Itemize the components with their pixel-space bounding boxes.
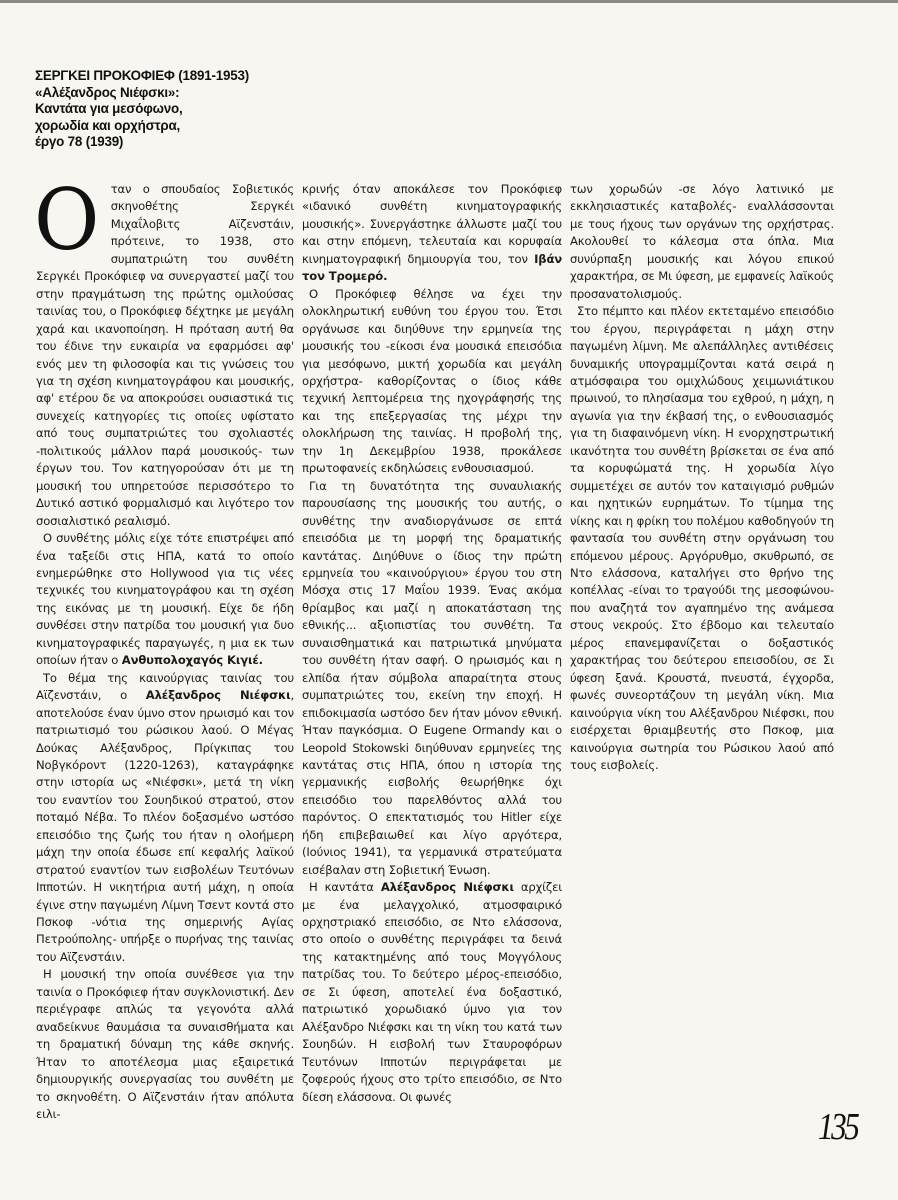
paragraph-3: Το θέμα της καινούργιας ταινίας του Αϊζε… [36, 670, 294, 967]
heading-opus: έργο 78 (1939) [35, 134, 295, 151]
paragraph-7: Η καντάτα Αλέξανδρος Νιέφσκι αρχίζει με … [302, 879, 562, 1106]
paragraph-2: Ο συνθέτης μόλις είχε τότε επιστρέψει απ… [36, 530, 294, 670]
film-title-lieutenant-kije: Ανθυπολοχαγός Κιγιέ. [122, 653, 263, 667]
heading-composer: ΣΕΡΓΚΕΙ ΠΡΟΚΟΦΙΕΦ (1891-1953) [35, 68, 295, 85]
heading-subtitle-1: Καντάτα για μεσόφωνο, [35, 101, 295, 118]
heading-work-title: «Αλέξανδρος Νιέφσκι»: [35, 85, 295, 102]
scan-top-edge [0, 0, 898, 3]
paragraph-8: Στο πέμπτο και πλέον εκτεταμένο επεισόδι… [570, 303, 834, 774]
paragraph-6: Για τη δυνατότητα της συναυλιακής παρουσ… [302, 478, 562, 879]
page-number: 135 [818, 1105, 857, 1149]
drop-cap: Ο [34, 183, 99, 263]
article-heading: ΣΕΡΓΚΕΙ ΠΡΟΚΟΦΙΕΦ (1891-1953) «Αλέξανδρο… [35, 68, 295, 151]
paragraph-5: Ο Προκόφιεφ θέλησε να έχει την ολοκληρωτ… [302, 286, 562, 478]
paragraph-4: Η μουσική την οποία συνέθεσε για την ται… [36, 966, 294, 1123]
paragraph-1: Οταν ο σπουδαίος Σοβιετικός σκηνοθέτης Σ… [36, 181, 294, 530]
column-3: των χορωδών -σε λόγο λατινικό με εκκλησι… [570, 181, 834, 774]
column-1: Οταν ο σπουδαίος Σοβιετικός σκηνοθέτης Σ… [36, 181, 294, 1123]
column-2: κρινής όταν αποκάλεσε τον Προκόφιεφ «ιδα… [302, 181, 562, 1106]
paragraph-7-continued: των χορωδών -σε λόγο λατινικό με εκκλησι… [570, 181, 834, 303]
film-title-nevsky: Αλέξανδρος Νιέφσκι [146, 688, 291, 702]
cantata-title-nevsky: Αλέξανδρος Νιέφσκι [381, 880, 514, 894]
heading-subtitle-2: χορωδία και ορχήστρα, [35, 118, 295, 135]
paragraph-4-continued: κρινής όταν αποκάλεσε τον Προκόφιεφ «ιδα… [302, 181, 562, 286]
